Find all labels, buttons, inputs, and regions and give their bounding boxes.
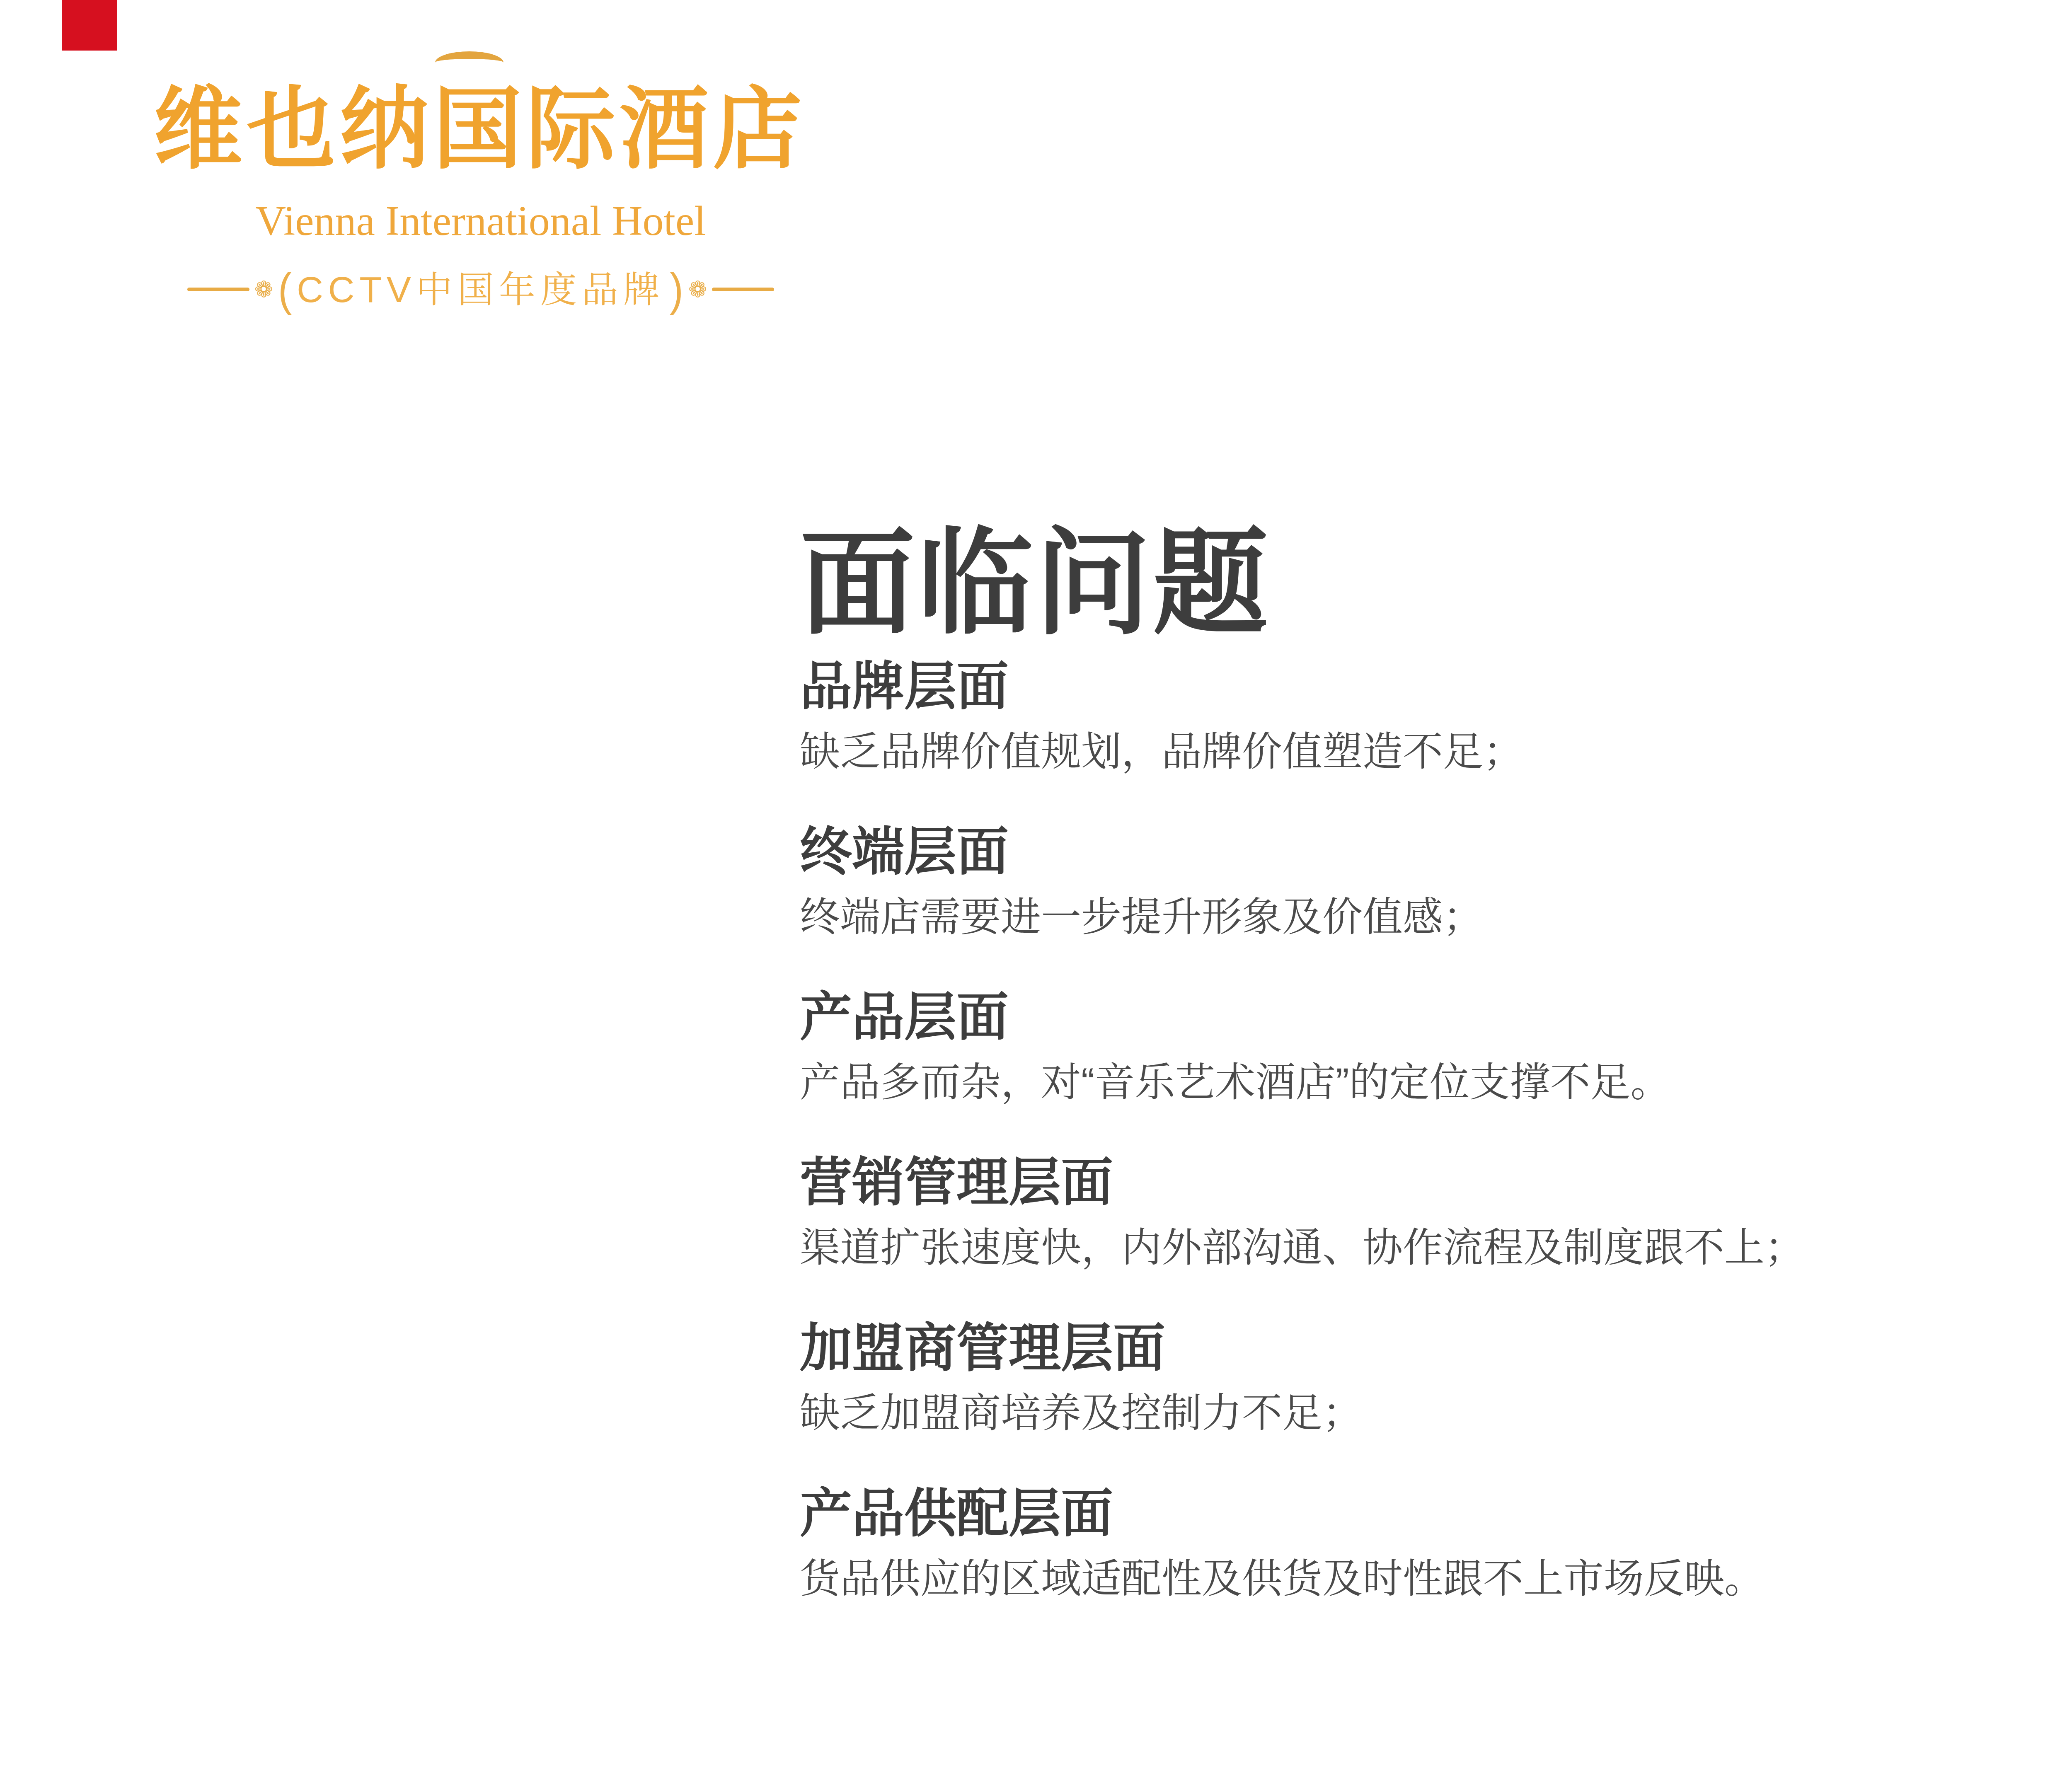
crown-swoosh-icon bbox=[435, 51, 503, 74]
section-title: 品牌层面 bbox=[800, 653, 2072, 721]
section-franchisee-mgmt: 加盟商管理层面 缺乏加盟商培养及控制力不足； bbox=[800, 1314, 2072, 1444]
tagline-paren-left: ( bbox=[278, 266, 292, 313]
section-desc: 终端店需要进一步提升形象及价值感； bbox=[800, 886, 2072, 948]
logo-name-en: Vienna International Hotel bbox=[153, 198, 808, 244]
section-desc: 渠道扩张速度快，内外部沟通、协作流程及制度跟不上； bbox=[800, 1217, 2072, 1279]
section-desc: 产品多而杂，对“音乐艺术酒店”的定位支撑不足。 bbox=[800, 1051, 2072, 1113]
corner-accent-mark bbox=[62, 0, 117, 51]
section-title: 产品供配层面 bbox=[800, 1480, 2072, 1548]
section-title: 终端层面 bbox=[800, 818, 2072, 886]
section-desc: 货品供应的区域适配性及供货及时性跟不上市场反映。 bbox=[800, 1548, 2072, 1610]
section-terminal: 终端层面 终端店需要进一步提升形象及价值感； bbox=[800, 818, 2072, 948]
hotel-logo: 维也纳国际酒店 Vienna International Hotel ❁ ( C… bbox=[153, 0, 808, 340]
section-brand: 品牌层面 缺乏品牌价值规划，品牌价值塑造不足； bbox=[800, 653, 2072, 783]
section-title: 产品层面 bbox=[800, 983, 2072, 1051]
page-title: 面临问题 bbox=[800, 514, 1271, 653]
tagline-ornament-right-icon: ❁ bbox=[688, 278, 707, 301]
tagline-rule-left bbox=[187, 288, 249, 291]
section-title: 营销管理层面 bbox=[800, 1149, 2072, 1217]
section-title: 加盟商管理层面 bbox=[800, 1314, 2072, 1382]
section-desc: 缺乏品牌价值规划，品牌价值塑造不足； bbox=[800, 721, 2072, 783]
tagline-rule-right bbox=[712, 288, 774, 291]
logo-tagline-row: ❁ ( CCTV中国年度品牌 ) ❁ bbox=[153, 268, 808, 310]
section-product: 产品层面 产品多而杂，对“音乐艺术酒店”的定位支撑不足。 bbox=[800, 983, 2072, 1113]
tagline-paren-right: ) bbox=[670, 266, 683, 313]
logo-name-cn: 维也纳国际酒店 bbox=[153, 81, 808, 179]
section-supply: 产品供配层面 货品供应的区域适配性及供货及时性跟不上市场反映。 bbox=[800, 1480, 2072, 1610]
section-marketing-mgmt: 营销管理层面 渠道扩张速度快，内外部沟通、协作流程及制度跟不上； bbox=[800, 1149, 2072, 1279]
tagline-ornament-left-icon: ❁ bbox=[254, 278, 273, 301]
sections-list: 品牌层面 缺乏品牌价值规划，品牌价值塑造不足； 终端层面 终端店需要进一步提升形… bbox=[800, 653, 2072, 1645]
section-desc: 缺乏加盟商培养及控制力不足； bbox=[800, 1382, 2072, 1444]
logo-tagline: CCTV中国年度品牌 bbox=[297, 268, 665, 310]
